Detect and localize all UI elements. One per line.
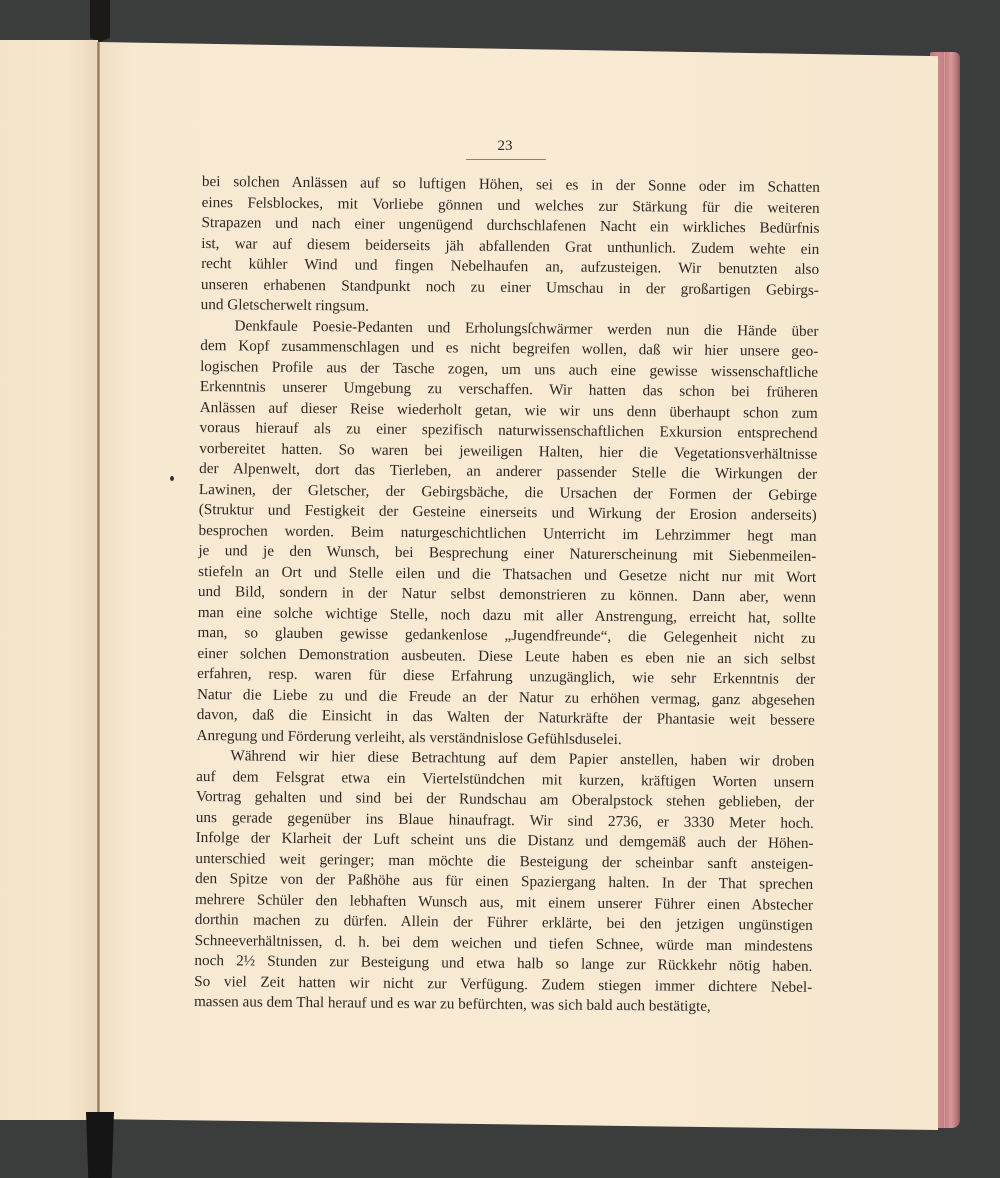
body-text: bei solchen Anlässen auf so luftigen Höh… bbox=[194, 172, 820, 1018]
left-page bbox=[0, 40, 98, 1120]
paragraph: bei solchen Anlässen auf so luftigen Höh… bbox=[201, 172, 820, 321]
page-number: 23 bbox=[465, 138, 545, 155]
page-number-rule bbox=[466, 159, 546, 160]
bookmark-ribbon-bottom bbox=[86, 1112, 114, 1178]
bookmark-ribbon-top bbox=[90, 0, 110, 42]
book-gutter bbox=[97, 42, 100, 1116]
margin-mark bbox=[170, 476, 174, 481]
paragraph: Während wir hier diese Betrachtung auf d… bbox=[194, 746, 815, 1018]
paragraph: Denkfaule Poesie-Pedanten und Erholungsſ… bbox=[196, 315, 818, 751]
